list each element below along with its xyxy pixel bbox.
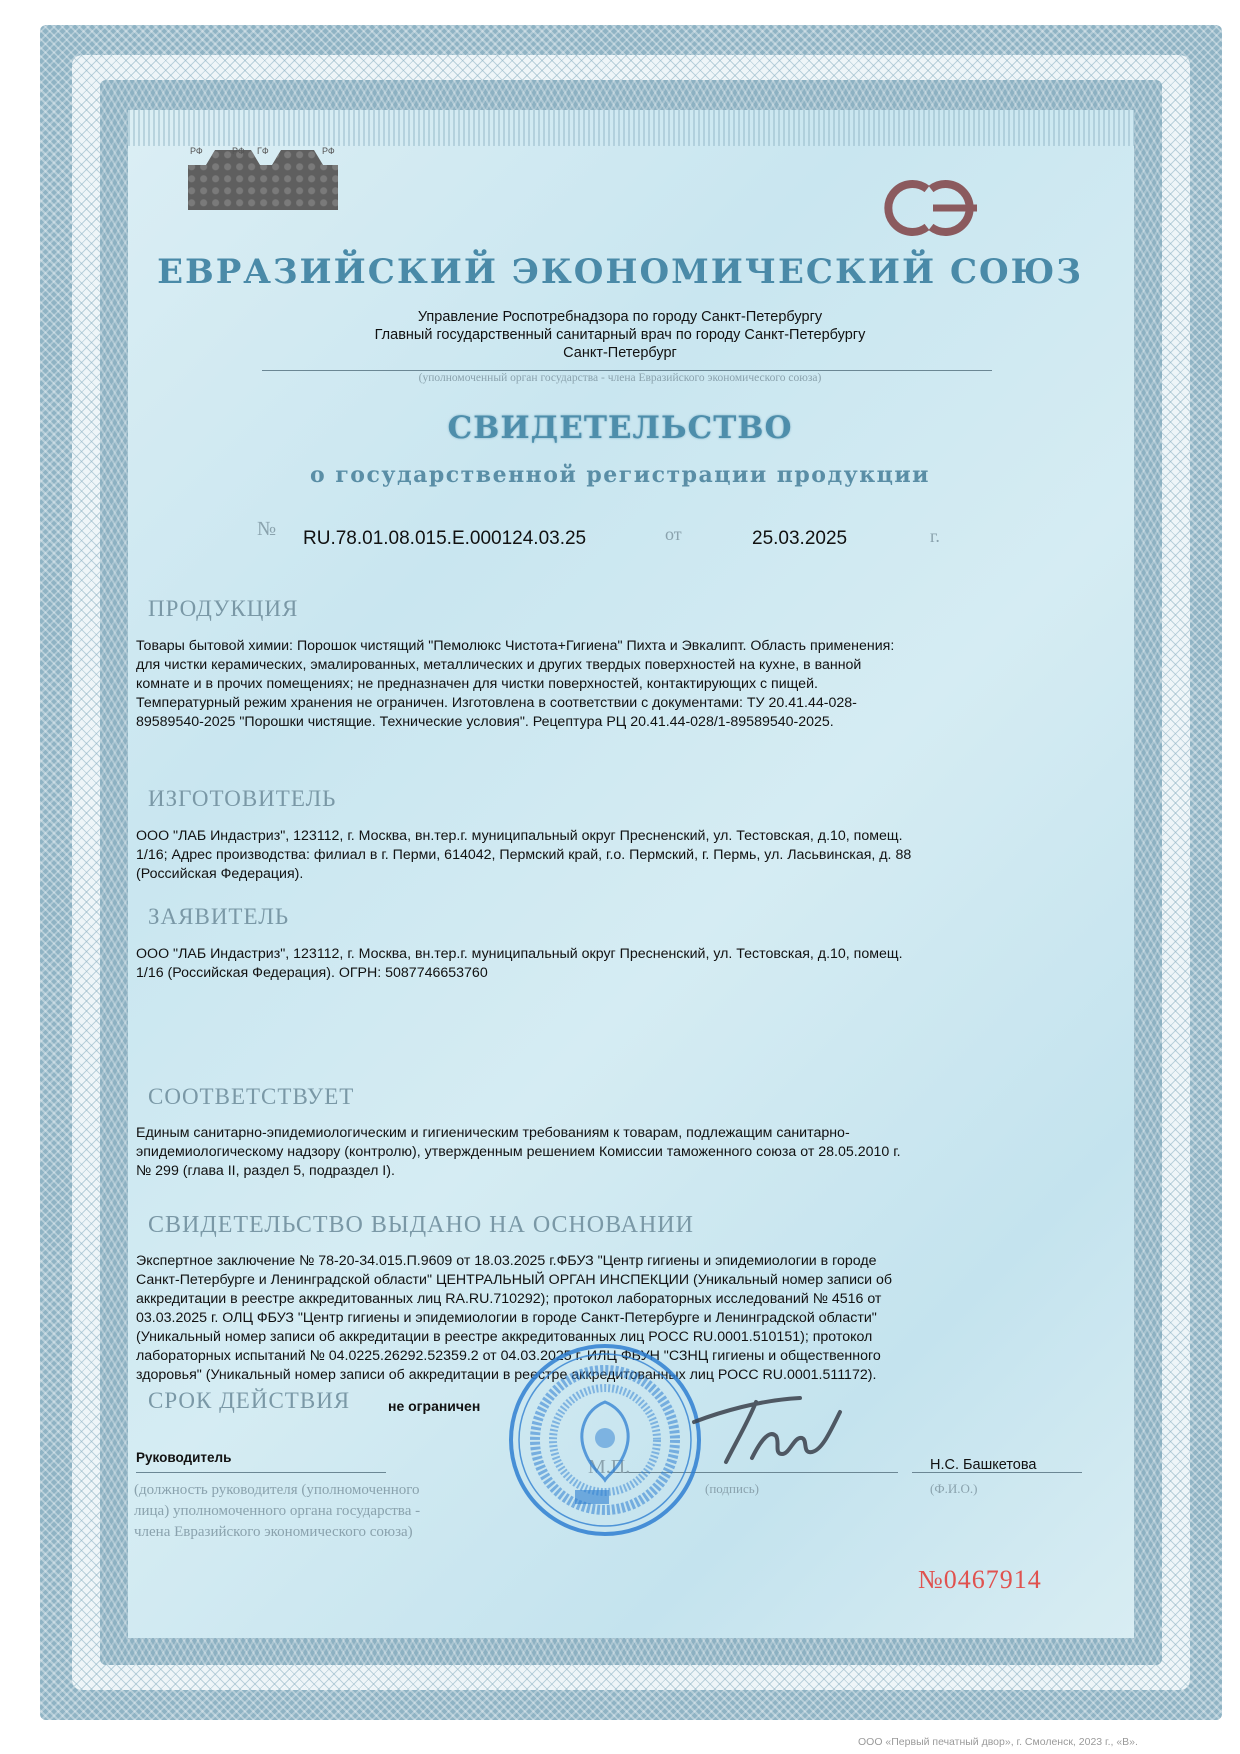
printer-footer: ООО «Первый печатный двор», г. Смоленск,… xyxy=(858,1736,1138,1748)
validity-value: не ограничен xyxy=(388,1398,480,1414)
name-caption: (Ф.И.О.) xyxy=(930,1478,977,1499)
text-line: аккредитации в реестре аккредитованных л… xyxy=(136,1290,1086,1309)
authority-caption: (уполномоченный орган государства - член… xyxy=(0,372,1240,384)
signature-line-name xyxy=(912,1472,1082,1473)
microprint-strip xyxy=(128,110,1134,146)
signature-caption: (подпись) xyxy=(705,1478,759,1499)
number-sign: № xyxy=(257,518,276,541)
text-line: 03.03.2025 г. ОЛЦ ФБУЗ "Центр гигиены и … xyxy=(136,1309,1086,1328)
text-line: Единым санитарно-эпидемиологическим и ги… xyxy=(136,1124,1086,1143)
text-line: для чистки керамических, эмалированных, … xyxy=(136,656,1086,675)
certificate-subtitle: о государственной регистрации продукции xyxy=(0,462,1240,488)
section-heading-applicant: ЗАЯВИТЕЛЬ xyxy=(148,904,289,930)
caption-line: (должность руководителя (уполномоченного xyxy=(134,1480,420,1501)
divider xyxy=(262,370,992,371)
section-body-product: Товары бытовой химии: Порошок чистящий "… xyxy=(136,637,1086,732)
text-line: Экспертное заключение № 78-20-34.015.П.9… xyxy=(136,1252,1086,1271)
authority-line: Главный государственный санитарный врач … xyxy=(0,327,1240,343)
text-line: № 299 (глава II, раздел 5, подраздел I). xyxy=(136,1162,1086,1181)
hologram-label: РФ xyxy=(322,146,335,156)
section-body-applicant: ООО "ЛАБ Индастриз", 123112, г. Москва, … xyxy=(136,945,1086,983)
position-caption: (должность руководителя (уполномоченного… xyxy=(134,1480,420,1543)
eaeu-ce-logo-icon xyxy=(875,175,985,241)
section-body-conforms: Единым санитарно-эпидемиологическим и ги… xyxy=(136,1124,1086,1181)
text-line: 89589540-2025 "Порошки чистящие. Техниче… xyxy=(136,713,1086,732)
head-name: Н.С. Башкетова xyxy=(930,1457,1036,1473)
section-heading-basis: СВИДЕТЕЛЬСТВО ВЫДАНО НА ОСНОВАНИИ xyxy=(148,1212,694,1239)
text-line: 1/16; Адрес производства: филиал в г. Пе… xyxy=(136,846,1086,865)
section-heading-validity: СРОК ДЕЙСТВИЯ xyxy=(148,1388,350,1414)
handwritten-signature-icon xyxy=(690,1392,850,1472)
text-line: (Российская Федерация). xyxy=(136,865,1086,884)
text-line: эпидемиологическому надзору (контролю), … xyxy=(136,1143,1086,1162)
registration-number: RU.78.01.08.015.Е.000124.03.25 xyxy=(303,528,586,550)
year-suffix: г. xyxy=(930,526,940,547)
caption-line: лица) уполномоченного органа государства… xyxy=(134,1501,420,1522)
authority-line: Санкт-Петербург xyxy=(0,345,1240,361)
official-seal-icon xyxy=(505,1340,705,1540)
text-line: Температурный режим хранения не ограниче… xyxy=(136,694,1086,713)
section-body-manufacturer: ООО "ЛАБ Индастриз", 123112, г. Москва, … xyxy=(136,827,1086,884)
signature-line-position xyxy=(136,1472,386,1473)
text-line: ООО "ЛАБ Индастриз", 123112, г. Москва, … xyxy=(136,945,1086,964)
text-line: ООО "ЛАБ Индастриз", 123112, г. Москва, … xyxy=(136,827,1086,846)
section-heading-manufacturer: ИЗГОТОВИТЕЛЬ xyxy=(148,786,336,812)
head-label: Руководитель xyxy=(136,1450,231,1465)
hologram-label: РФ xyxy=(232,146,245,156)
section-heading-conforms: СООТВЕТСТВУЕТ xyxy=(148,1084,354,1110)
certificate-title: СВИДЕТЕЛЬСТВО xyxy=(0,410,1240,446)
union-title: ЕВРАЗИЙСКИЙ ЭКОНОМИЧЕСКИЙ СОЮЗ xyxy=(0,252,1240,292)
hologram-label: РФ xyxy=(190,146,203,156)
text-line: комнате и в прочих помещениях; не предна… xyxy=(136,675,1086,694)
text-line: 1/16 (Российская Федерация). ОГРН: 50877… xyxy=(136,964,1086,983)
caption-line: члена Евразийского экономического союза) xyxy=(134,1522,420,1543)
from-label: от xyxy=(665,524,682,545)
hologram-label: ГФ xyxy=(257,146,269,156)
text-line: Товары бытовой химии: Порошок чистящий "… xyxy=(136,637,1086,656)
registration-date: 25.03.2025 xyxy=(752,528,847,550)
text-line: Санкт-Петербурге и Ленинградской области… xyxy=(136,1271,1086,1290)
authority-line: Управление Роспотребнадзора по городу Са… xyxy=(0,309,1240,325)
section-heading-product: ПРОДУКЦИЯ xyxy=(148,596,298,622)
serial-number: №0467914 xyxy=(918,1565,1042,1595)
